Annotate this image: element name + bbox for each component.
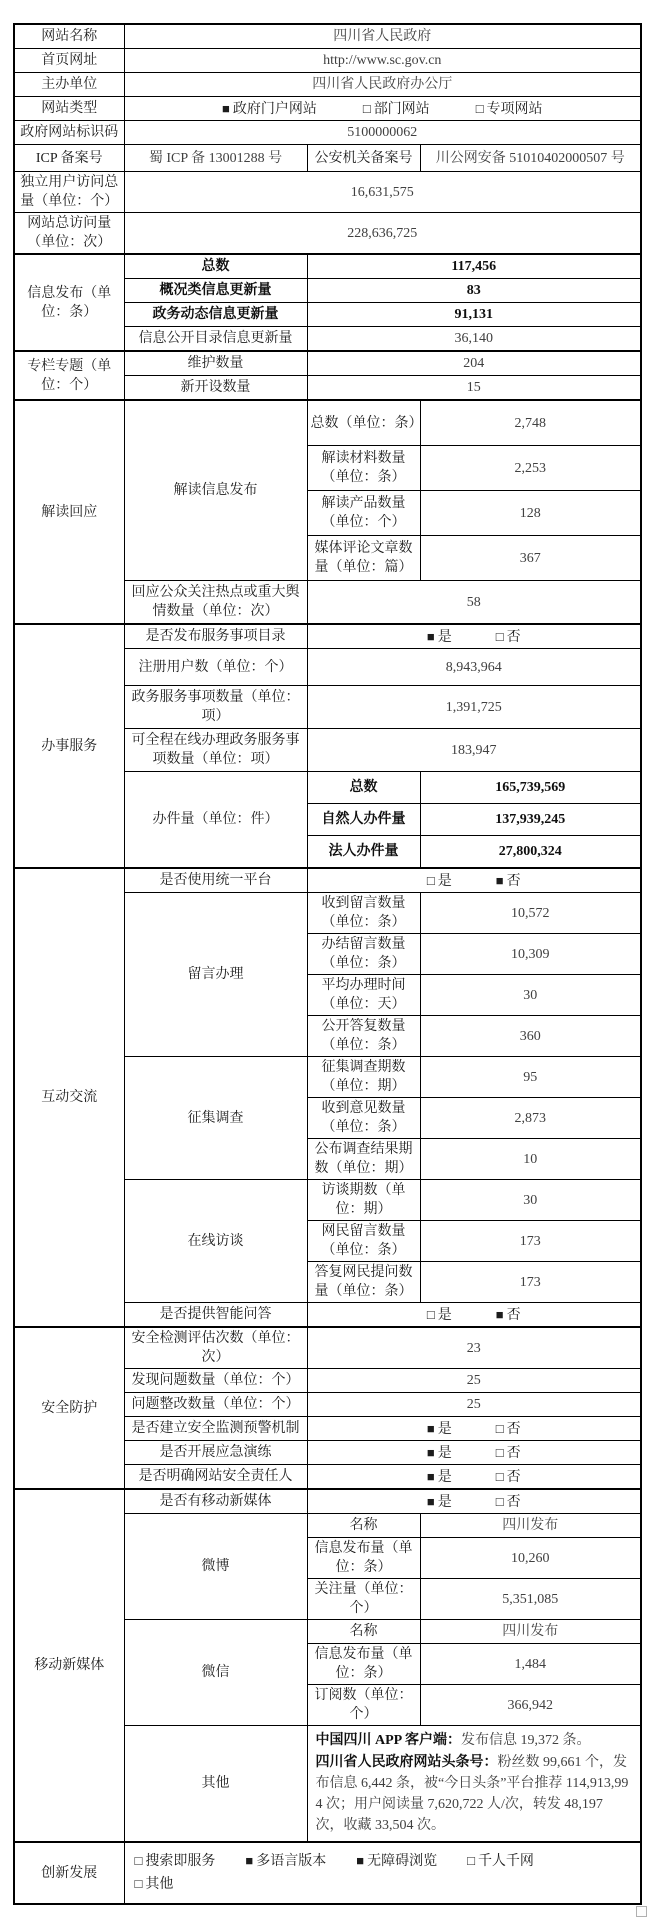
security-group-label: 安全防护 [14,1327,124,1489]
topics-group-label: 专栏专题（单位：个） [14,351,124,400]
home-url-value[interactable]: http://www.sc.gov.cn [124,49,641,73]
checkbox-checked-icon: ■ [427,1421,435,1436]
weibo-posts-value: 10,260 [420,1538,641,1579]
checkbox-checked-icon: ■ [496,1307,504,1322]
msg-avg-time-label: 平均办理时间（单位：天） [307,975,420,1016]
total-visits-value: 228,636,725 [124,213,641,255]
innovation-other-option: □其他 [135,1873,174,1896]
innovation-multilang-option: ■多语言版本 [245,1850,326,1873]
yes-option: □是 [427,1305,452,1325]
online-items-value: 183,947 [307,729,641,772]
row-organizer: 主办单位 四川省人民政府办公厅 [14,73,641,97]
row-has-new-media: 移动新媒体 是否有移动新媒体 ■是 □否 [14,1489,641,1514]
checkbox-unchecked-icon: □ [467,1853,475,1868]
site-type-department-option: □部门网站 [363,99,430,119]
checkbox-checked-icon: ■ [356,1853,364,1868]
wechat-subs-value: 366,942 [420,1685,641,1726]
security-checks-label: 安全检测评估次数（单位：次） [124,1327,307,1369]
wechat-label: 微信 [124,1620,307,1726]
msg-received-label: 收到留言数量（单位：条） [307,893,420,934]
innovation-accessibility-option: ■无障碍浏览 [356,1850,437,1873]
interpret-response-label: 回应公众关注热点或重大舆情数量（单位：次） [124,581,307,625]
checkbox-unchecked-icon: □ [476,101,484,116]
found-issues-value: 25 [307,1369,641,1393]
no-option: □否 [496,1467,521,1487]
checkbox-unchecked-icon: □ [363,101,371,116]
info-publish-catalog-value: 36,140 [307,327,641,352]
checkbox-checked-icon: ■ [427,1445,435,1460]
other-media-label: 其他 [124,1726,307,1843]
topics-maintained-value: 204 [307,351,641,376]
organizer-label: 主办单位 [14,73,124,97]
icp-label: ICP 备案号 [14,145,124,172]
unique-visitors-value: 16,631,575 [124,172,641,213]
checkbox-checked-icon: ■ [222,101,230,116]
warning-mechanism-label: 是否建立安全监测预警机制 [124,1417,307,1441]
survey-results-label: 公布调查结果期数（单位：期） [307,1139,420,1180]
interpret-products-value: 128 [420,491,641,536]
service-items-label: 政务服务事项数量（单位：项） [124,686,307,729]
unified-platform-label: 是否使用统一平台 [124,868,307,893]
checkbox-checked-icon: ■ [427,1469,435,1484]
other-media-text: 中国四川 APP 客户端：发布信息 19,372 条。 四川省人民政府网站头条号… [307,1726,641,1843]
smart-qa-value: □是 ■否 [307,1303,641,1328]
interpret-materials-label: 解读材料数量（单位：条） [307,446,420,491]
found-issues-label: 发现问题数量（单位：个） [124,1369,307,1393]
handled-person-label: 自然人办件量 [307,804,420,836]
info-publish-dynamic-value: 91,131 [307,303,641,327]
wechat-posts-value: 1,484 [420,1644,641,1685]
row-innovation: 创新发展 □搜索即服务 ■多语言版本 ■无障碍浏览 □千人千网 □其他 [14,1842,641,1904]
corner-artifact-icon [636,1906,647,1917]
yes-option: ■是 [427,1419,452,1439]
smart-qa-label: 是否提供智能问答 [124,1303,307,1328]
mobile-group-label: 移动新媒体 [14,1489,124,1842]
weibo-name-label: 名称 [307,1514,420,1538]
topics-new-label: 新开设数量 [124,376,307,401]
no-option: □否 [496,1419,521,1439]
row-home-url: 首页网址 http://www.sc.gov.cn [14,49,641,73]
interpret-total-value: 2,748 [420,400,641,446]
checkbox-unchecked-icon: □ [427,1307,435,1322]
site-type-special-option: □专项网站 [476,99,543,119]
warning-mechanism-value: ■是 □否 [307,1417,641,1441]
report-page: 网站名称 四川省人民政府 首页网址 http://www.sc.gov.cn 主… [0,23,650,1905]
interpret-group-label: 解读回应 [14,400,124,624]
info-publish-group-label: 信息发布（单位：条） [14,254,124,351]
topics-new-value: 15 [307,376,641,401]
yes-option: □是 [427,871,452,891]
wechat-posts-label: 信息发布量（单位：条） [307,1644,420,1685]
msg-done-label: 办结留言数量（单位：条） [307,934,420,975]
handled-person-value: 137,939,245 [420,804,641,836]
site-type-portal-option: ■政府门户网站 [222,99,317,119]
no-option: ■否 [496,1305,521,1325]
yes-option: ■是 [427,1492,452,1512]
interview-messages-label: 网民留言数量（单位：条） [307,1221,420,1262]
checkbox-unchecked-icon: □ [135,1853,143,1868]
site-name-label: 网站名称 [14,24,124,49]
has-new-media-label: 是否有移动新媒体 [124,1489,307,1514]
handled-total-value: 165,739,569 [420,772,641,804]
interview-replies-value: 173 [420,1262,641,1303]
row-services-catalog: 办事服务 是否发布服务事项目录 ■是 □否 [14,624,641,649]
unified-platform-value: □是 ■否 [307,868,641,893]
row-info-publish-total: 信息发布（单位：条） 总数 117,456 [14,254,641,279]
checkbox-unchecked-icon: □ [427,873,435,888]
survey-opinions-label: 收到意见数量（单位：条） [307,1098,420,1139]
interpret-media-label: 媒体评论文章数量（单位：篇） [307,536,420,581]
weibo-followers-label: 关注量（单位：个） [307,1579,420,1620]
service-items-value: 1,391,725 [307,686,641,729]
innovation-search-option: □搜索即服务 [135,1850,216,1873]
interview-periods-value: 30 [420,1180,641,1221]
interaction-group-label: 互动交流 [14,868,124,1327]
msg-public-reply-label: 公开答复数量（单位：条） [307,1016,420,1057]
checkbox-unchecked-icon: □ [135,1876,143,1891]
handled-total-label: 总数 [307,772,420,804]
row-total-visits: 网站总访问量（单位：次） 228,636,725 [14,213,641,255]
row-unique-visitors: 独立用户访问总量（单位：个） 16,631,575 [14,172,641,213]
services-catalog-value: ■是 □否 [307,624,641,649]
innovation-options: □搜索即服务 ■多语言版本 ■无障碍浏览 □千人千网 □其他 [124,1842,641,1904]
icp-number: 蜀 ICP 备 13001288 号 [124,145,307,172]
fixed-issues-label: 问题整改数量（单位：个） [124,1393,307,1417]
yes-option: ■是 [427,627,452,647]
wechat-subs-label: 订阅数（单位：个） [307,1685,420,1726]
interpret-materials-value: 2,253 [420,446,641,491]
handled-group-label: 办件量（单位：件） [124,772,307,869]
innovation-line-2: □其他 [135,1873,639,1896]
checkbox-unchecked-icon: □ [496,1469,504,1484]
checkbox-unchecked-icon: □ [496,629,504,644]
interpret-response-value: 58 [307,581,641,625]
online-items-label: 可全程在线办理政务服务事项数量（单位：项） [124,729,307,772]
security-checks-value: 23 [307,1327,641,1369]
services-group-label: 办事服务 [14,624,124,868]
innovation-personalized-option: □千人千网 [467,1850,534,1873]
checkbox-checked-icon: ■ [496,873,504,888]
home-url-label: 首页网址 [14,49,124,73]
no-option: □否 [496,1443,521,1463]
has-new-media-value: ■是 □否 [307,1489,641,1514]
checkbox-checked-icon: ■ [427,629,435,644]
no-option: □否 [496,1492,521,1512]
message-handling-label: 留言办理 [124,893,307,1057]
security-person-value: ■是 □否 [307,1465,641,1490]
info-publish-total-value: 117,456 [307,254,641,279]
site-type-options: ■政府门户网站 □部门网站 □专项网站 [124,97,641,121]
site-name-value: 四川省人民政府 [124,24,641,49]
interview-periods-label: 访谈期数（单位：期） [307,1180,420,1221]
innovation-group-label: 创新发展 [14,1842,124,1904]
checkbox-checked-icon: ■ [427,1494,435,1509]
site-code-value: 5100000062 [124,121,641,145]
interpret-media-value: 367 [420,536,641,581]
security-person-label: 是否明确网站安全责任人 [124,1465,307,1490]
checkbox-unchecked-icon: □ [496,1445,504,1460]
wechat-name-label: 名称 [307,1620,420,1644]
survey-label: 征集调查 [124,1057,307,1180]
site-type-label: 网站类型 [14,97,124,121]
handled-legal-value: 27,800,324 [420,836,641,869]
interpret-products-label: 解读产品数量（单位：个） [307,491,420,536]
row-site-code: 政府网站标识码 5100000062 [14,121,641,145]
row-interpret-total: 解读回应 解读信息发布 总数（单位：条） 2,748 [14,400,641,446]
info-publish-overview-value: 83 [307,279,641,303]
total-visits-label: 网站总访问量（单位：次） [14,213,124,255]
weibo-name-value: 四川发布 [420,1514,641,1538]
survey-periods-value: 95 [420,1057,641,1098]
checkbox-checked-icon: ■ [245,1853,253,1868]
checkbox-unchecked-icon: □ [496,1494,504,1509]
weibo-followers-value: 5,351,085 [420,1579,641,1620]
unique-visitors-label: 独立用户访问总量（单位：个） [14,172,124,213]
row-unified-platform: 互动交流 是否使用统一平台 □是 ■否 [14,868,641,893]
handled-legal-label: 法人办件量 [307,836,420,869]
interpret-total-label: 总数（单位：条） [307,400,420,446]
registered-users-value: 8,943,964 [307,649,641,686]
interview-label: 在线访谈 [124,1180,307,1303]
psb-label: 公安机关备案号 [307,145,420,172]
topics-maintained-label: 维护数量 [124,351,307,376]
annual-report-table: 网站名称 四川省人民政府 首页网址 http://www.sc.gov.cn 主… [13,23,642,1905]
no-option: ■否 [496,871,521,891]
site-code-label: 政府网站标识码 [14,121,124,145]
survey-results-value: 10 [420,1139,641,1180]
yes-option: ■是 [427,1443,452,1463]
emergency-drill-value: ■是 □否 [307,1441,641,1465]
row-topics-maintained: 专栏专题（单位：个） 维护数量 204 [14,351,641,376]
row-icp: ICP 备案号 蜀 ICP 备 13001288 号 公安机关备案号 川公网安备… [14,145,641,172]
interview-messages-value: 173 [420,1221,641,1262]
wechat-name-value: 四川发布 [420,1620,641,1644]
organizer-value: 四川省人民政府办公厅 [124,73,641,97]
registered-users-label: 注册用户数（单位：个） [124,649,307,686]
msg-avg-time-value: 30 [420,975,641,1016]
row-site-type: 网站类型 ■政府门户网站 □部门网站 □专项网站 [14,97,641,121]
innovation-line-1: □搜索即服务 ■多语言版本 ■无障碍浏览 □千人千网 [135,1850,639,1873]
interpret-publish-label: 解读信息发布 [124,400,307,581]
row-site-name: 网站名称 四川省人民政府 [14,24,641,49]
other-media-app-line: 中国四川 APP 客户端：发布信息 19,372 条。 [316,1730,633,1751]
msg-done-value: 10,309 [420,934,641,975]
msg-received-value: 10,572 [420,893,641,934]
weibo-label: 微博 [124,1514,307,1620]
info-publish-total-label: 总数 [124,254,307,279]
no-option: □否 [496,627,521,647]
interview-replies-label: 答复网民提问数量（单位：条） [307,1262,420,1303]
weibo-posts-label: 信息发布量（单位：条） [307,1538,420,1579]
emergency-drill-label: 是否开展应急演练 [124,1441,307,1465]
info-publish-dynamic-label: 政务动态信息更新量 [124,303,307,327]
other-media-toutiao-line: 四川省人民政府网站头条号：粉丝数 99,661 个，发布信息 6,442 条，被… [316,1752,633,1836]
fixed-issues-value: 25 [307,1393,641,1417]
services-catalog-label: 是否发布服务事项目录 [124,624,307,649]
row-security-checks: 安全防护 安全检测评估次数（单位：次） 23 [14,1327,641,1369]
checkbox-unchecked-icon: □ [496,1421,504,1436]
survey-periods-label: 征集调查期数（单位：期） [307,1057,420,1098]
yes-option: ■是 [427,1467,452,1487]
survey-opinions-value: 2,873 [420,1098,641,1139]
info-publish-overview-label: 概况类信息更新量 [124,279,307,303]
psb-number: 川公网安备 51010402000507 号 [420,145,641,172]
msg-public-reply-value: 360 [420,1016,641,1057]
info-publish-catalog-label: 信息公开目录信息更新量 [124,327,307,352]
